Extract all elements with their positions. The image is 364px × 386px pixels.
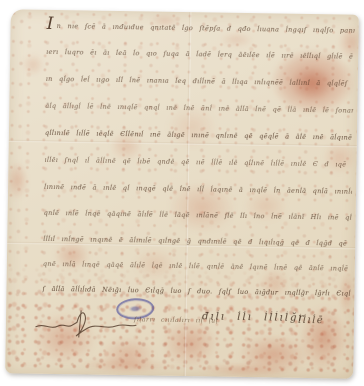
manuscript-photo: I n nıe ſcē ā ınđuıđue qnıtatē ĺgo ſtēpſ… (0, 0, 364, 386)
signature-marks: đıĺı ĺĺı ĺĺĺıĺğr (202, 311, 305, 324)
signature-tail: ĺĺıĺē (298, 315, 324, 326)
parchment-sheet: I n nıe ſcē ā ınđuıđue qnıtatē ĺgo ſtēpſ… (5, 9, 359, 378)
notary-flourish (34, 307, 138, 341)
initial-letter: I (46, 14, 53, 34)
